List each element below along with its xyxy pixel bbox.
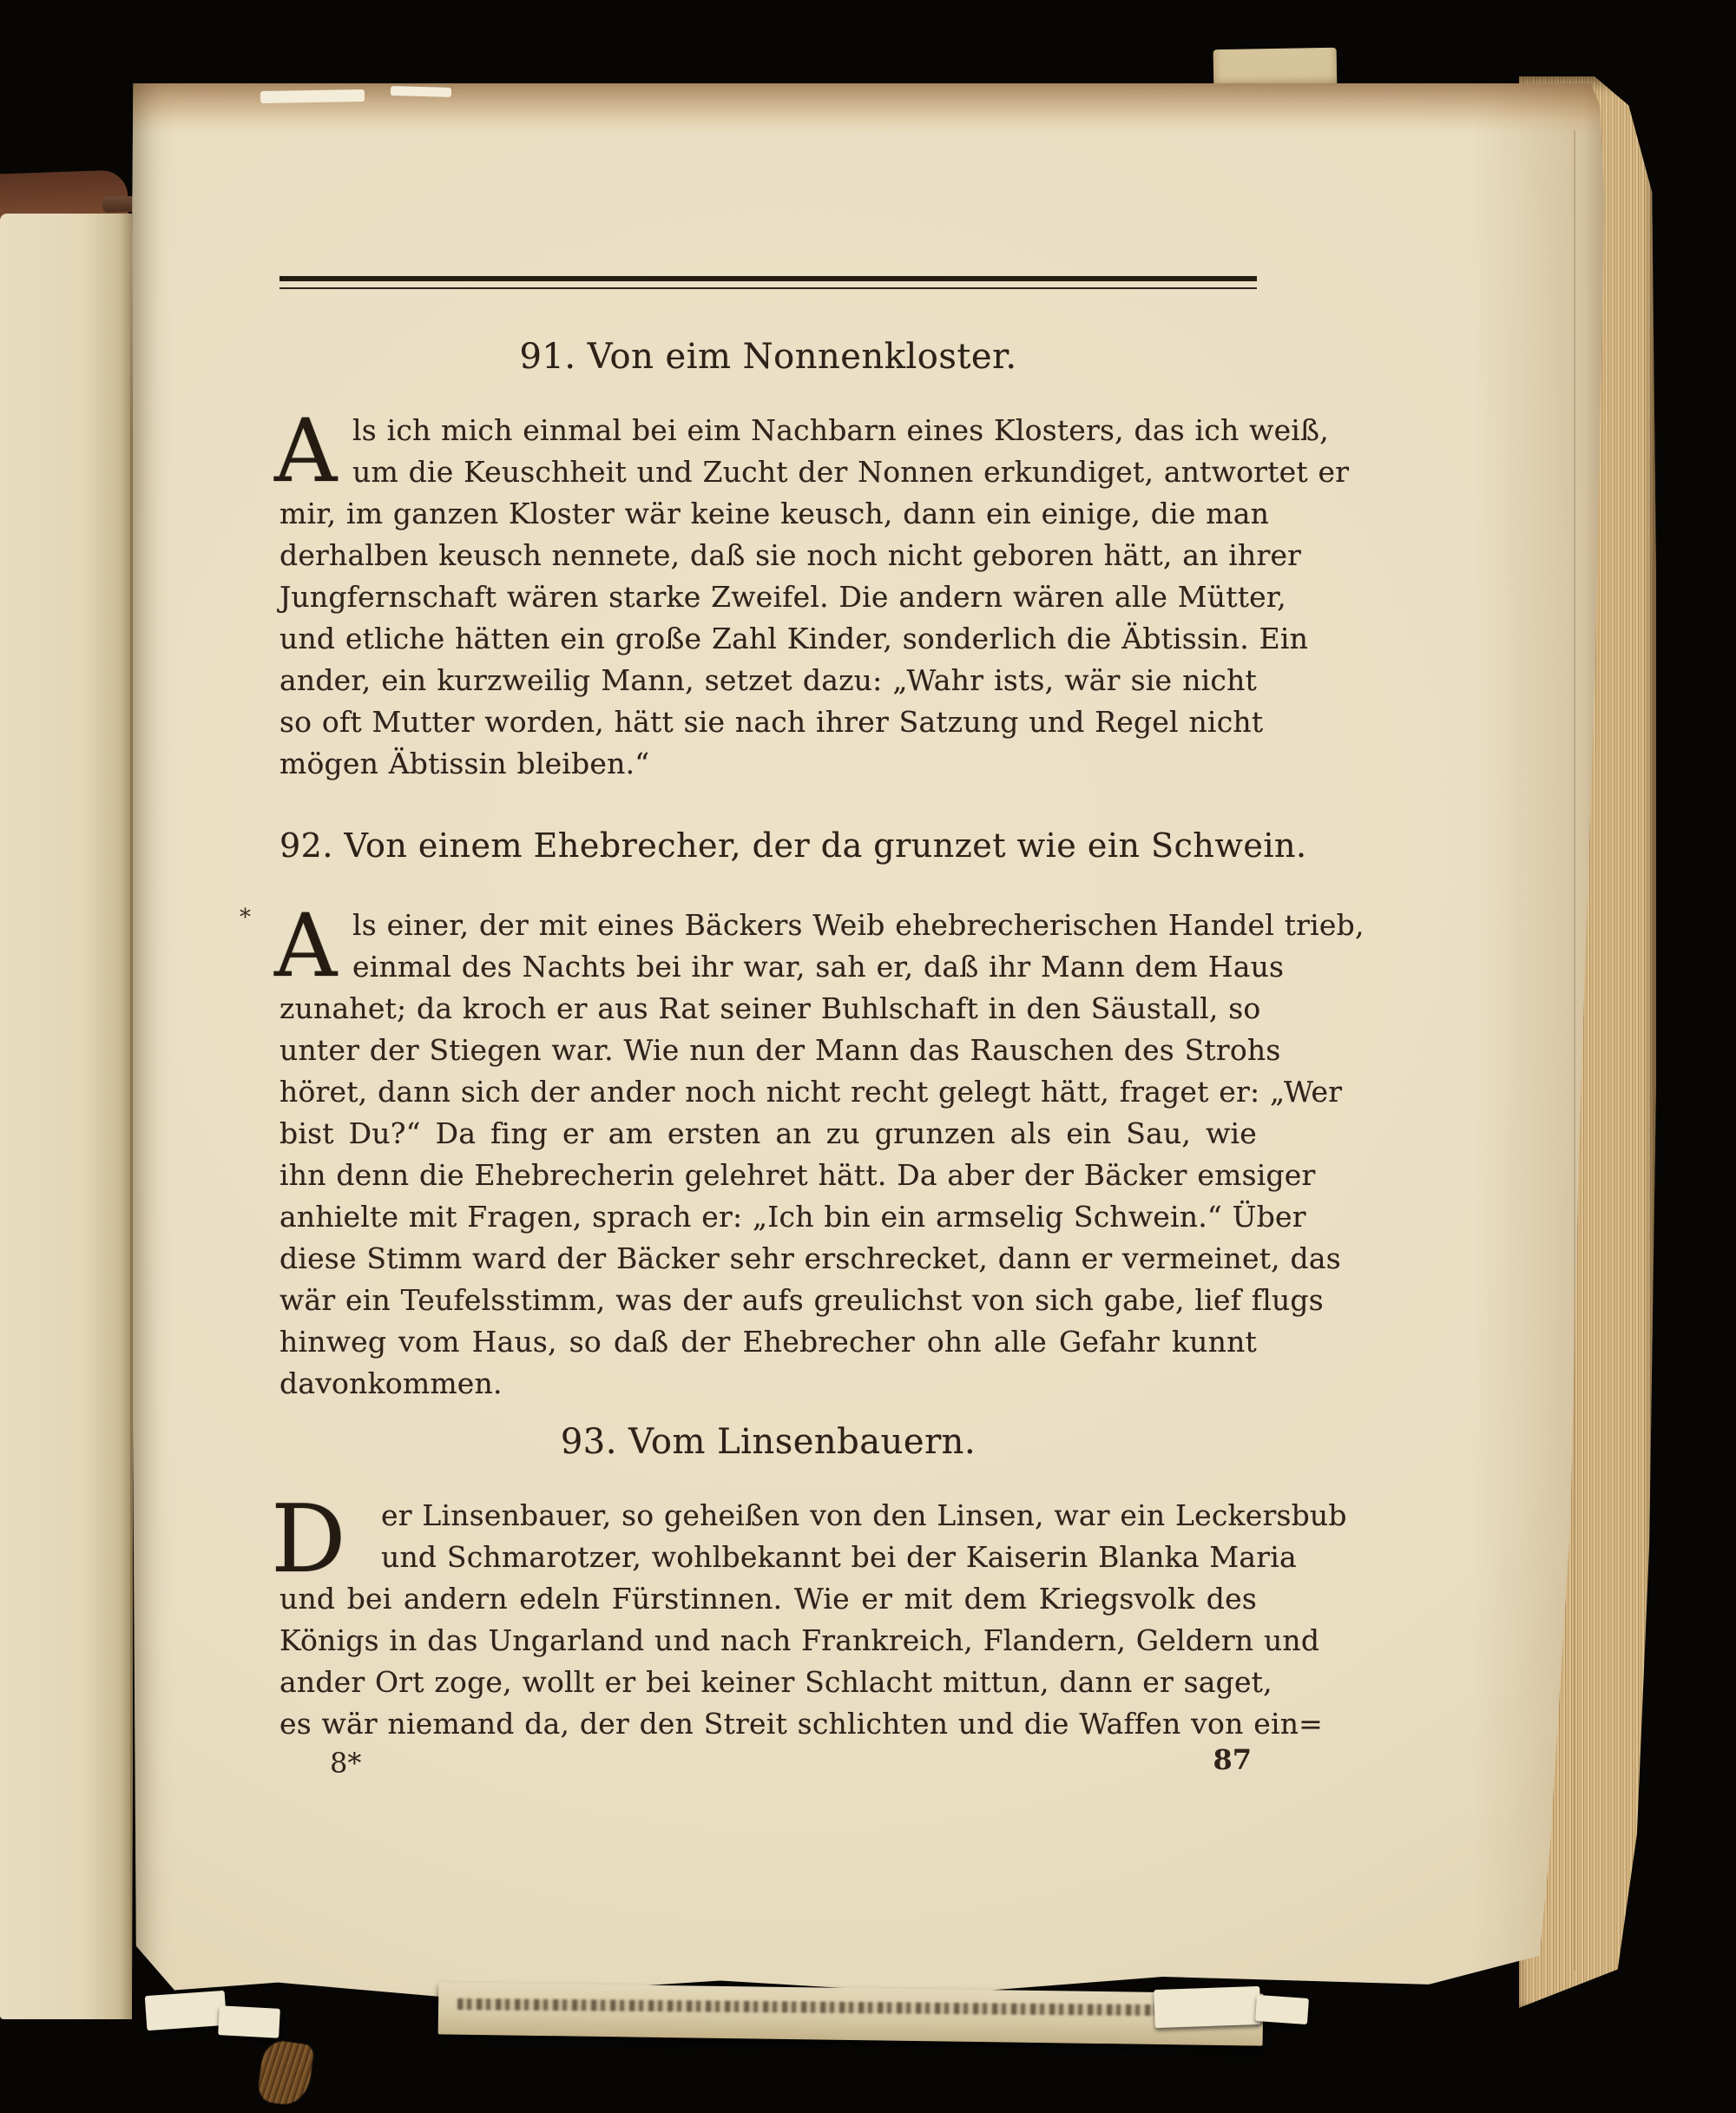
binding-thread xyxy=(256,2038,314,2107)
gutter-crease xyxy=(130,217,133,2004)
text-line: ander, ein kurzweilig Mann, setzet dazu:… xyxy=(279,660,1257,701)
text-line: Königs in das Ungarland und nach Frankre… xyxy=(279,1620,1257,1662)
text-line: davonkommen. xyxy=(279,1363,1257,1405)
torn-paper-chip xyxy=(218,2005,280,2038)
text-line: und bei andern edeln Fürstinnen. Wie er … xyxy=(279,1578,1257,1620)
drop-cap: A xyxy=(274,905,337,988)
text-line: hinweg vom Haus, so daß der Ehebrecher o… xyxy=(279,1321,1257,1363)
text-line: mögen Äbtissin bleiben.“ xyxy=(279,743,1257,785)
text-line: es wär niemand da, der den Streit schlic… xyxy=(279,1703,1257,1745)
text-line: wär ein Teufelsstimm, was der aufs greul… xyxy=(279,1280,1257,1321)
torn-paper-chip xyxy=(391,86,451,97)
text-line: höret, dann sich der ander noch nicht re… xyxy=(279,1071,1257,1113)
text-line: bist Du?“ Da fing er am ersten an zu gru… xyxy=(279,1113,1257,1155)
text-line: ls ich mich einmal bei eim Nachbarn eine… xyxy=(279,410,1257,451)
header-rule-thick xyxy=(279,276,1257,281)
section-heading-92: 92. Von einem Ehebrecher, der da grunzet… xyxy=(279,826,1257,865)
torn-paper-chip xyxy=(1255,1995,1309,2024)
signature-mark: 8* xyxy=(330,1747,361,1780)
text-line: anhielte mit Fragen, sprach er: „Ich bin… xyxy=(279,1196,1257,1238)
text-line: zunahet; da kroch er aus Rat seiner Buhl… xyxy=(279,988,1257,1030)
text-line: er Linsenbauer, so geheißen von den Lins… xyxy=(279,1495,1257,1537)
left-page xyxy=(0,214,132,2019)
text-line: und etliche hätten ein große Zahl Kinder… xyxy=(279,618,1257,660)
text-line: diese Stimm ward der Bäcker sehr erschre… xyxy=(279,1238,1257,1280)
page-number: 87 xyxy=(1213,1743,1252,1776)
paragraph-92: A ls einer, der mit eines Bäckers Weib e… xyxy=(279,905,1257,1405)
text-line: unter der Stiegen war. Wie nun der Mann … xyxy=(279,1030,1257,1071)
section-heading-91: 91. Von eim Nonnenkloster. xyxy=(279,337,1257,377)
page-right-crease xyxy=(1574,130,1575,1971)
torn-paper-chip xyxy=(145,1991,227,2031)
header-rule-thin xyxy=(279,287,1257,289)
paragraph-91: A ls ich mich einmal bei eim Nachbarn ei… xyxy=(279,410,1257,785)
text-line: mir, im ganzen Kloster wär keine keusch,… xyxy=(279,493,1257,535)
book-photo: 91. Von eim Nonnenkloster. A ls ich mich… xyxy=(0,0,1736,2113)
text-line: um die Keuschheit und Zucht der Nonnen e… xyxy=(279,451,1257,493)
text-line: einmal des Nachts bei ihr war, sah er, d… xyxy=(279,946,1257,988)
drop-cap: A xyxy=(274,410,337,493)
text-line: ls einer, der mit eines Bäckers Weib ehe… xyxy=(279,905,1257,946)
paragraph-93: D er Linsenbauer, so geheißen von den Li… xyxy=(279,1495,1257,1745)
underpage-fragment xyxy=(438,1982,1264,2045)
text-line: und Schmarotzer, wohlbekannt bei der Kai… xyxy=(279,1537,1257,1578)
text-line: derhalben keusch nennete, daß sie noch n… xyxy=(279,535,1257,576)
torn-paper-chip xyxy=(1154,1986,1260,2028)
section-heading-93: 93. Vom Linsenbauern. xyxy=(279,1422,1257,1462)
illegible-text-blur xyxy=(457,1998,1239,2017)
drop-cap: D xyxy=(271,1497,346,1583)
text-line: Jungfernschaft wären starke Zweifel. Die… xyxy=(279,576,1257,618)
text-line: ander Ort zoge, wollt er bei keiner Schl… xyxy=(279,1662,1257,1703)
margin-asterisk: * xyxy=(240,905,251,931)
text-line: ihn denn die Ehebrecherin gelehret hätt.… xyxy=(279,1155,1257,1196)
text-line: so oft Mutter worden, hätt sie nach ihre… xyxy=(279,701,1257,743)
torn-paper-chip xyxy=(260,89,365,103)
